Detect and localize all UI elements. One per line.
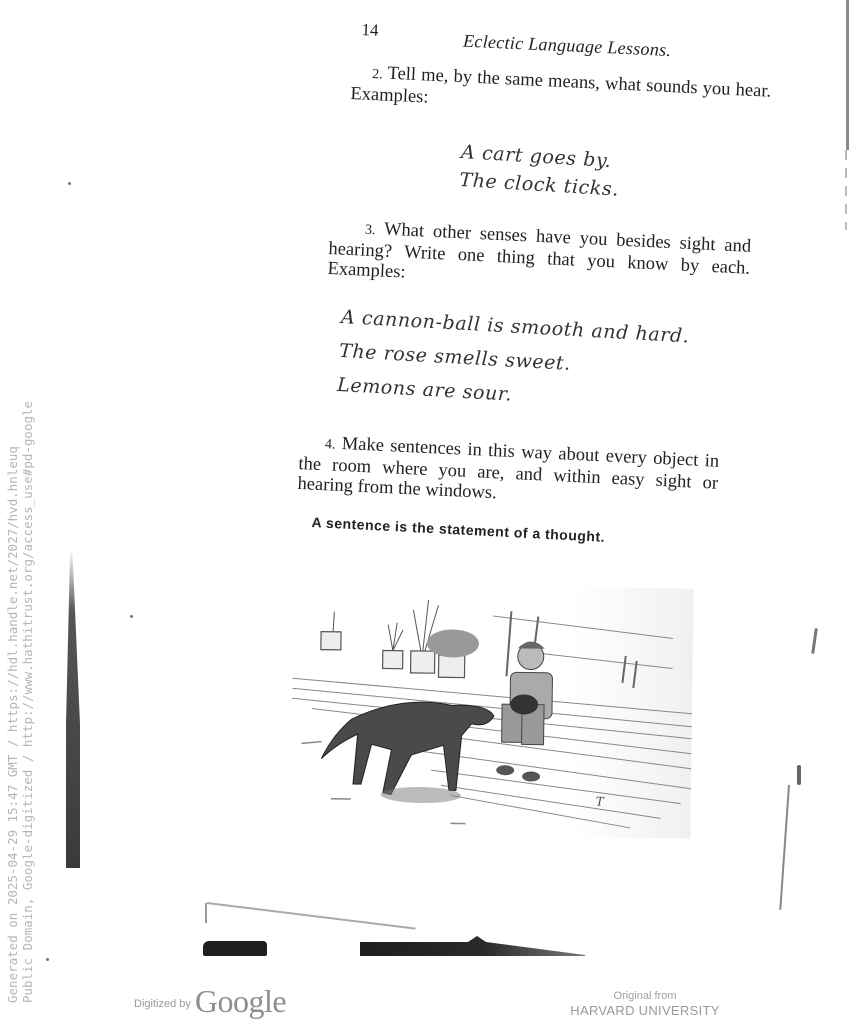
exercise-text: Tell me, by the same means, what sounds … (350, 64, 772, 108)
scanned-book-page: 14 Eclectic Language Lessons. 2. Tell me… (0, 0, 861, 1024)
original-source: Original from HARVARD UNIVERSITY (565, 990, 725, 1018)
scan-speck (46, 958, 49, 961)
exercise-2: 2. Tell me, by the same means, what soun… (350, 62, 772, 124)
page-fold-edge (207, 902, 416, 930)
original-from-label: Original from (565, 990, 725, 1002)
scan-speck (130, 615, 133, 618)
running-title: Eclectic Language Lessons. (463, 31, 672, 61)
page-edge-right (846, 0, 849, 150)
exercise-text: Make sentences in this way about every o… (297, 434, 719, 503)
exercise-2-examples: A cart goes by. The clock ticks. (459, 138, 622, 204)
scan-shadow-bottom (203, 941, 267, 956)
page-edge-right-faint (845, 150, 847, 230)
exercise-4: 4. Make sentences in this way about ever… (297, 432, 719, 514)
exercise-number: 2. (372, 67, 383, 82)
rule-statement: A sentence is the statement of a thought… (311, 514, 605, 545)
exercise-text: What other senses have you besides sight… (327, 220, 751, 283)
digitized-by-google: Digitized by Google (134, 985, 286, 1017)
scan-mark (797, 765, 801, 785)
page-number: 14 (361, 20, 379, 40)
scan-shadow-left (66, 548, 80, 868)
exercise-3-examples: A cannon-ball is smooth and hard. The ro… (336, 300, 690, 421)
exercise-3: 3. What other senses have you besides si… (327, 217, 751, 299)
exercise-number: 4. (325, 437, 336, 452)
exercise-number: 3. (365, 223, 376, 238)
google-logo: Google (195, 985, 286, 1017)
institution-name: HARVARD UNIVERSITY (565, 1003, 725, 1018)
page-header: 14 Eclectic Language Lessons. (361, 20, 682, 54)
scan-speck (68, 182, 71, 185)
scan-shadow-bottom (360, 936, 585, 956)
scan-mark (811, 628, 818, 654)
page-fold-edge (205, 903, 207, 923)
scan-mark (779, 785, 790, 910)
engraving-image: T (290, 583, 693, 839)
boy-and-dog-illustration: T (290, 583, 693, 839)
svg-text:T: T (596, 794, 605, 808)
digitized-by-label: Digitized by (134, 998, 191, 1010)
